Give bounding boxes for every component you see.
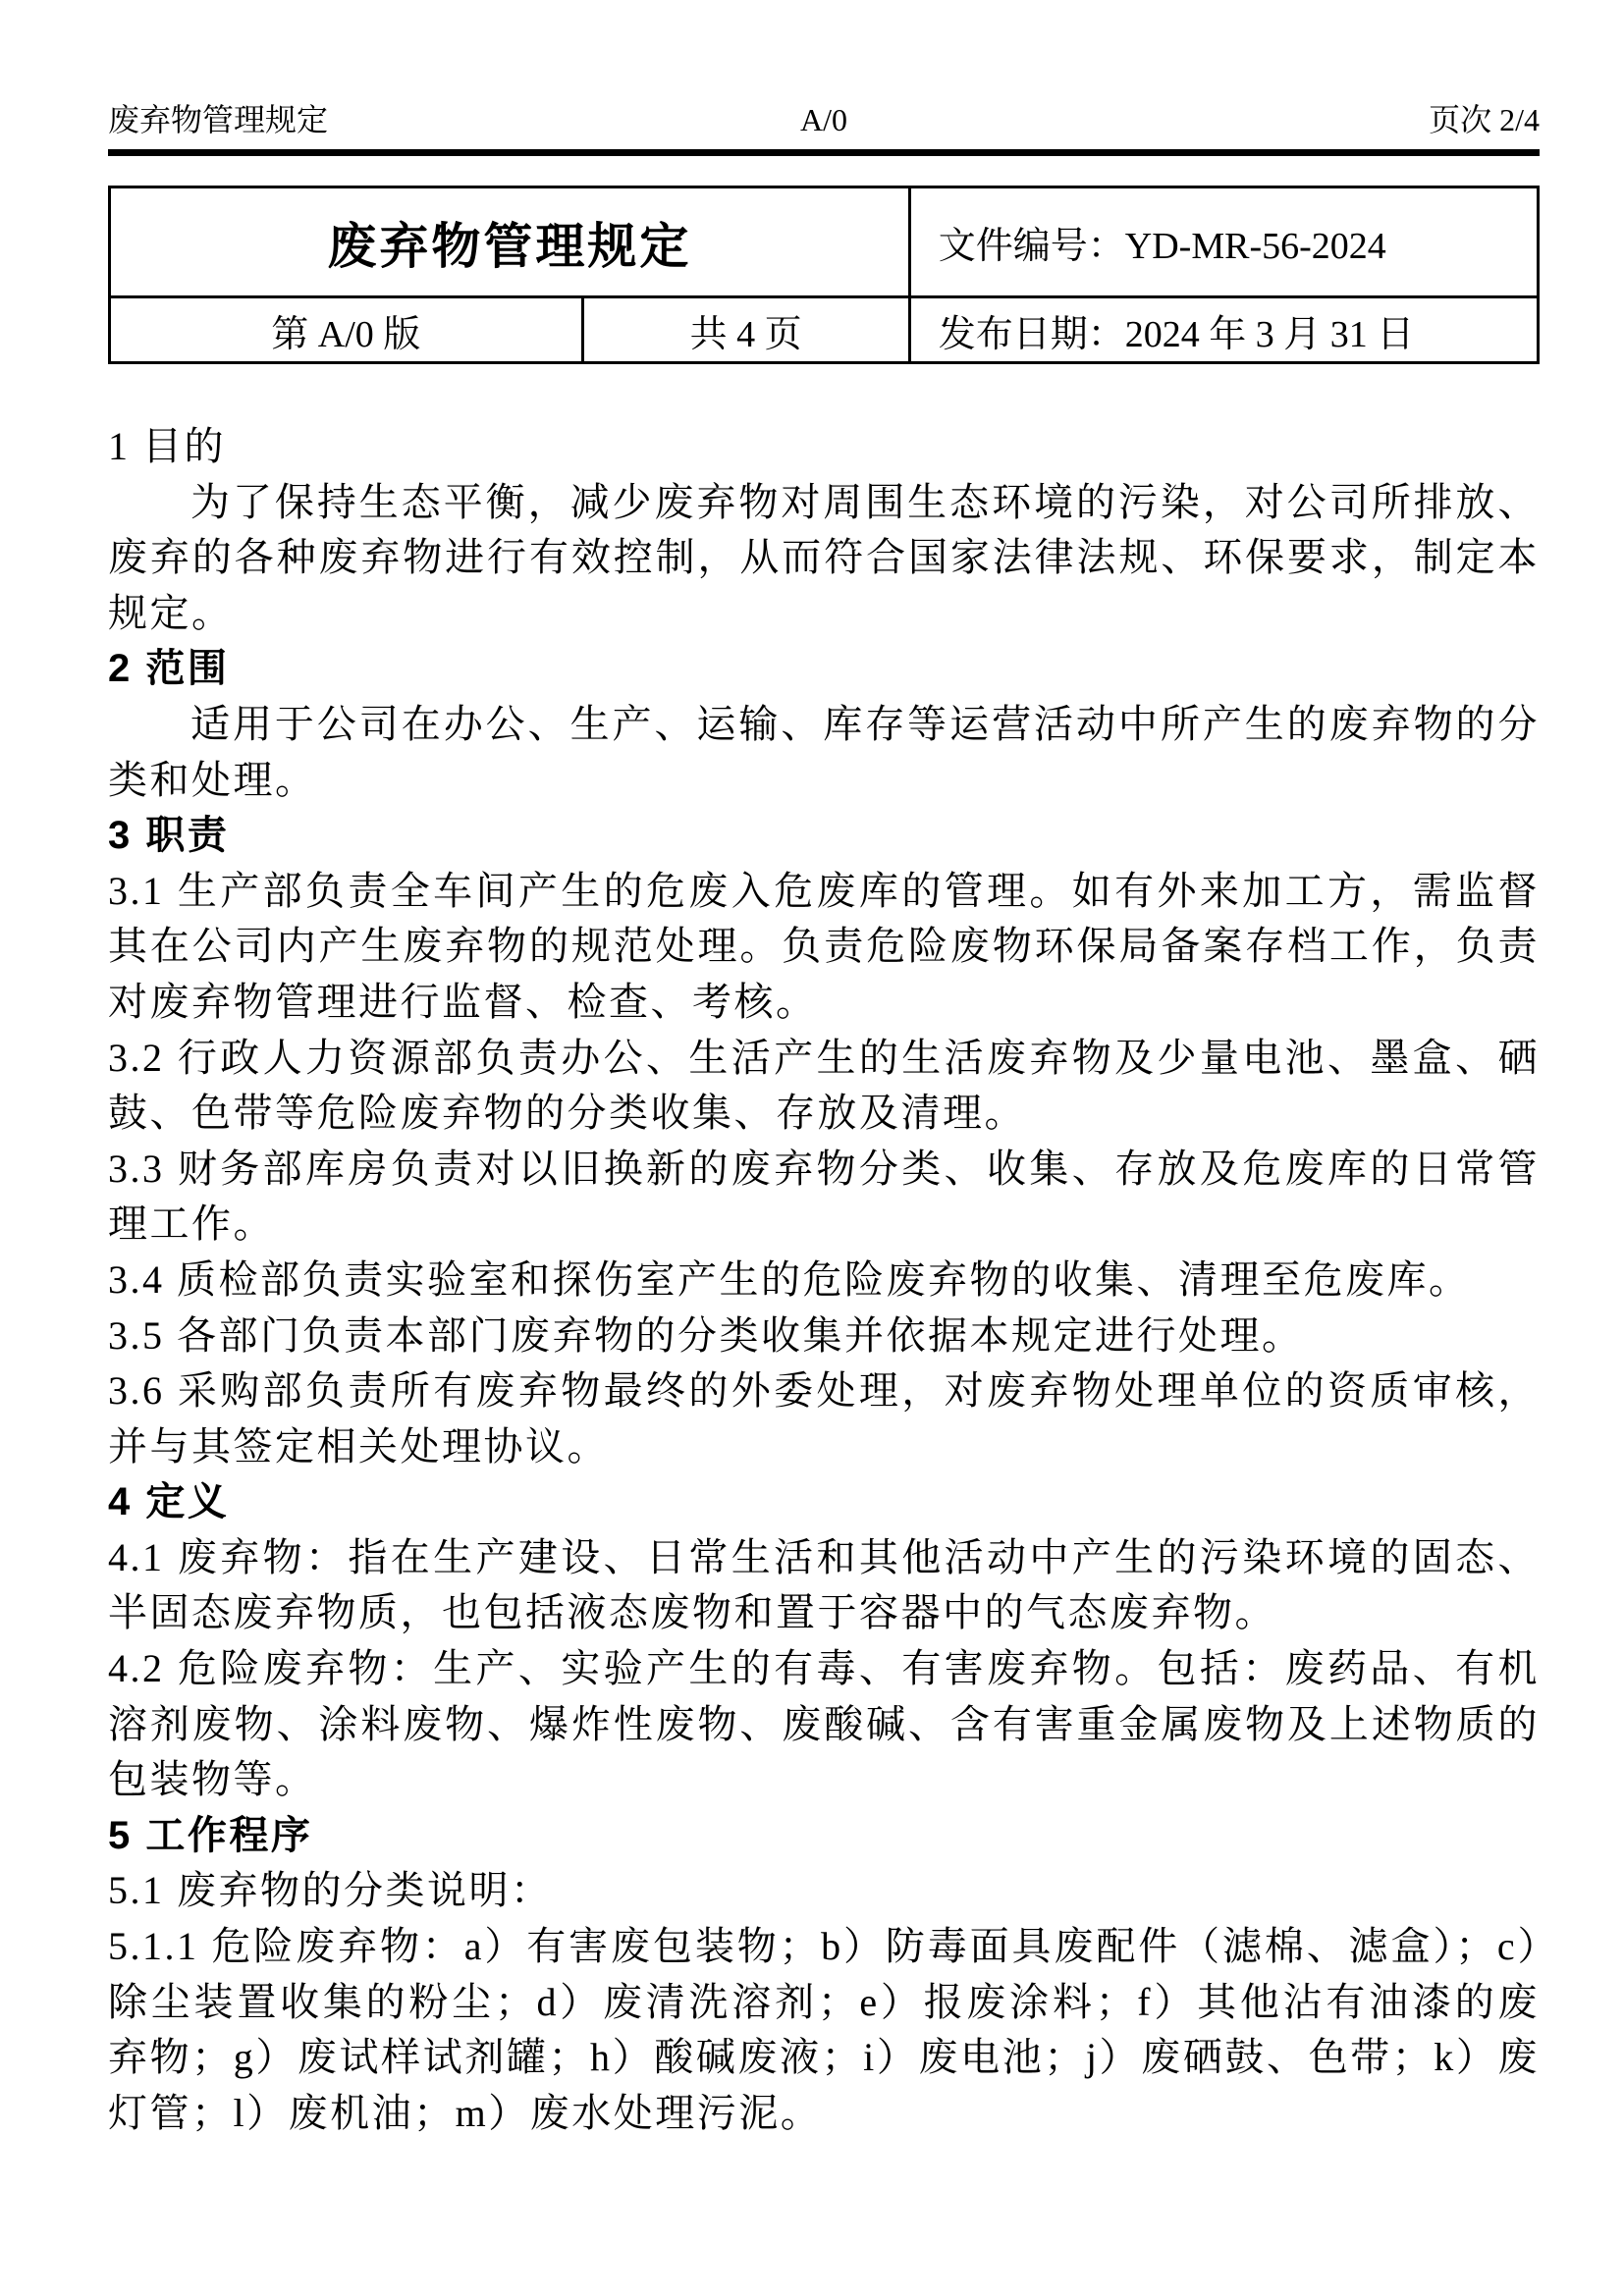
- paragraph: 适用于公司在办公、生产、运输、库存等运营活动中所产生的废弃物的分类和处理。: [108, 697, 1540, 808]
- paragraph: 3.6 采购部负责所有废弃物最终的外委处理，对废弃物处理单位的资质审核，并与其签…: [108, 1363, 1540, 1474]
- paragraph: 3.3 财务部库房负责对以旧换新的废弃物分类、收集、存放及危废库的日常管理工作。: [108, 1142, 1540, 1253]
- running-header: 废弃物管理规定 A/0 页次 2/4: [108, 0, 1540, 149]
- doc-title: 废弃物管理规定: [110, 187, 910, 297]
- paragraph: 3.4 质检部负责实验室和探伤室产生的危险废弃物的收集、清理至危废库。: [108, 1253, 1540, 1308]
- paragraph: 4.1 废弃物：指在生产建设、日常生活和其他活动中产生的污染环境的固态、半固态废…: [108, 1530, 1540, 1641]
- section-heading: 1 目的: [108, 419, 1540, 475]
- issue-date-value: 2024 年 3 月 31 日: [1125, 314, 1415, 355]
- document-page: 废弃物管理规定 A/0 页次 2/4 废弃物管理规定 文件编号：YD-MR-56…: [0, 0, 1624, 2296]
- running-header-page-number: 页次 2/4: [1062, 100, 1540, 139]
- doc-info-table: 废弃物管理规定 文件编号：YD-MR-56-2024 第 A/0 版 共 4 页…: [108, 186, 1540, 364]
- section-heading: 3 职责: [108, 808, 1540, 864]
- issue-date-label: 发布日期：: [939, 314, 1125, 355]
- section-heading: 2 范围: [108, 641, 1540, 697]
- doc-total-pages: 共 4 页: [582, 297, 909, 363]
- running-header-revision: A/0: [585, 100, 1062, 139]
- paragraph: 4.2 危险废弃物：生产、实验产生的有毒、有害废弃物。包括：废药品、有机溶剂废物…: [108, 1641, 1540, 1808]
- doc-version: 第 A/0 版: [110, 297, 583, 363]
- paragraph: 为了保持生态平衡，减少废弃物对周围生态环境的污染，对公司所排放、废弃的各种废弃物…: [108, 475, 1540, 642]
- document-body: 1 目的为了保持生态平衡，减少废弃物对周围生态环境的污染，对公司所排放、废弃的各…: [108, 419, 1540, 2141]
- paragraph: 3.5 各部门负责本部门废弃物的分类收集并依据本规定进行处理。: [108, 1308, 1540, 1364]
- paragraph: 3.2 行政人力资源部负责办公、生活产生的生活废弃物及少量电池、墨盒、硒鼓、色带…: [108, 1031, 1540, 1142]
- doc-number-cell: 文件编号：YD-MR-56-2024: [909, 187, 1538, 297]
- paragraph: 5.1 废弃物的分类说明：: [108, 1863, 1540, 1919]
- doc-number-label: 文件编号：: [939, 226, 1125, 267]
- paragraph: 5.1.1 危险废弃物：a）有害废包装物；b）防毒面具废配件（滤棉、滤盒）；c）…: [108, 1919, 1540, 2141]
- running-header-title: 废弃物管理规定: [108, 100, 585, 139]
- paragraph: 3.1 生产部负责全车间产生的危废入危废库的管理。如有外来加工方，需监督其在公司…: [108, 864, 1540, 1031]
- issue-date-cell: 发布日期：2024 年 3 月 31 日: [909, 297, 1538, 363]
- section-heading: 4 定义: [108, 1474, 1540, 1530]
- section-heading: 5 工作程序: [108, 1808, 1540, 1864]
- header-rule: [108, 149, 1540, 156]
- doc-number-value: YD-MR-56-2024: [1125, 226, 1386, 267]
